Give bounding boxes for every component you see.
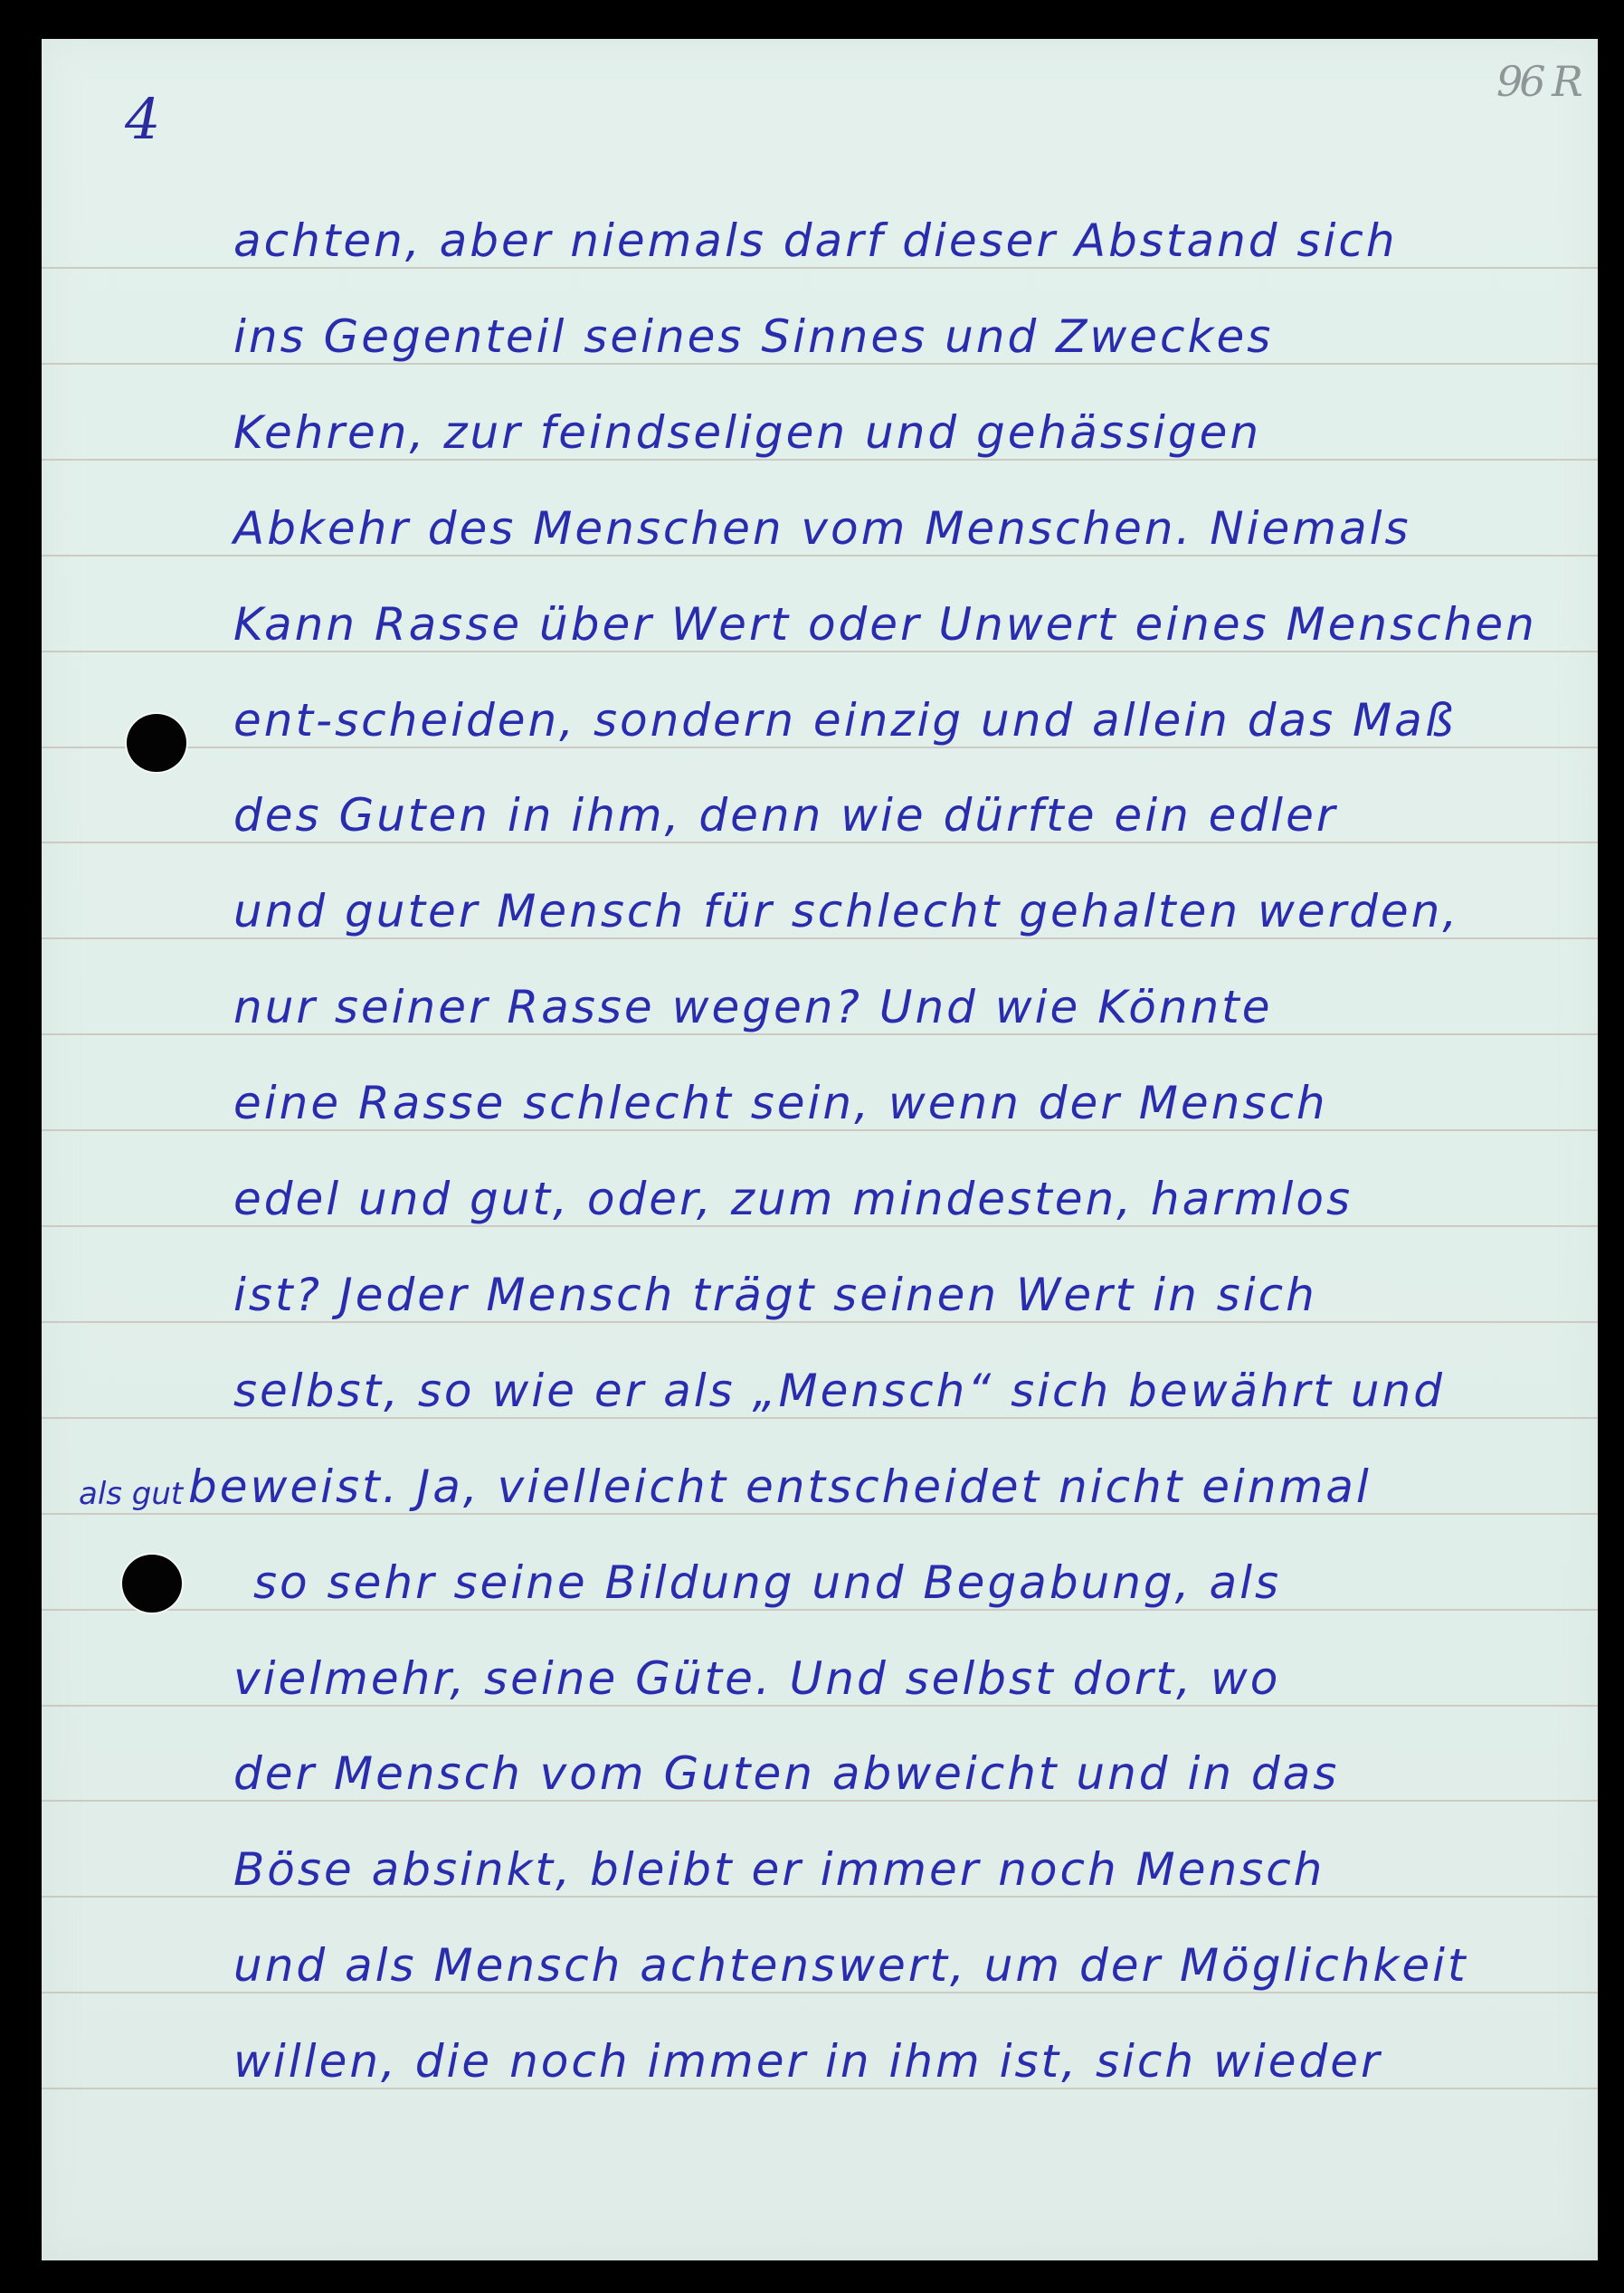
- text-line: edel und gut, oder, zum mindesten, harml…: [233, 1176, 1353, 1222]
- ruled-line: [42, 747, 1598, 748]
- ruled-line: [42, 1417, 1598, 1419]
- text-line: Kann Rasse über Wert oder Unwert eines M…: [233, 602, 1537, 647]
- text-line: Böse absinkt, bleibt er immer noch Mensc…: [233, 1847, 1325, 1892]
- text-line: achten, aber niemals darf dieser Abstand…: [233, 218, 1398, 263]
- text-line: Abkehr des Menschen vom Menschen. Niemal…: [233, 506, 1411, 551]
- text-line: ent-scheiden, sondern einzig und allein …: [233, 698, 1456, 743]
- ruled-line: [42, 1225, 1598, 1227]
- ruled-line: [42, 1513, 1598, 1515]
- text-line: ist? Jeder Mensch trägt seinen Wert in s…: [233, 1272, 1317, 1318]
- ruled-line: [42, 842, 1598, 843]
- ruled-line: [42, 1992, 1598, 1993]
- page-number: 4: [125, 86, 160, 152]
- ruled-line: [42, 1321, 1598, 1323]
- text-line: des Guten in ihm, denn wie dürfte ein ed…: [233, 793, 1337, 838]
- margin-note: als gut: [79, 1479, 183, 1509]
- ruled-line: [42, 267, 1598, 269]
- ruled-line: [42, 651, 1598, 652]
- ruled-line: [42, 363, 1598, 365]
- text-line: ins Gegenteil seines Sinnes und Zweckes: [233, 314, 1273, 359]
- ruled-line: [42, 1800, 1598, 1802]
- text-line: so sehr seine Bildung und Begabung, als: [253, 1560, 1281, 1605]
- ruled-line: [42, 2088, 1598, 2089]
- ruled-line: [42, 937, 1598, 939]
- archive-number: 96 R: [1496, 57, 1580, 106]
- text-line: vielmehr, seine Güte. Und selbst dort, w…: [233, 1656, 1280, 1701]
- punch-hole-bottom: [122, 1555, 182, 1613]
- text-line: selbst, so wie er als „Mensch“ sich bewä…: [233, 1368, 1445, 1413]
- punch-hole-top: [127, 714, 186, 772]
- text-line: Kehren, zur feindseligen und gehässigen: [233, 410, 1261, 455]
- ruled-line: [42, 1896, 1598, 1898]
- handwritten-page: 4 96 R achten, aber niemals darf dieser …: [42, 39, 1598, 2260]
- text-line: nur seiner Rasse wegen? Und wie Könnte: [233, 985, 1273, 1030]
- ruled-line: [42, 1705, 1598, 1707]
- ruled-line: [42, 1609, 1598, 1611]
- text-line: beweist. Ja, vielleicht entscheidet nich…: [188, 1464, 1372, 1509]
- text-line: und guter Mensch für schlecht gehalten w…: [233, 889, 1459, 934]
- ruled-line: [42, 1033, 1598, 1035]
- ruled-line: [42, 459, 1598, 461]
- text-line: willen, die noch immer in ihm ist, sich …: [233, 2039, 1382, 2084]
- text-line: eine Rasse schlecht sein, wenn der Mensc…: [233, 1080, 1328, 1126]
- ruled-line: [42, 555, 1598, 557]
- ruled-line: [42, 1129, 1598, 1131]
- text-line: und als Mensch achtenswert, um der Mögli…: [233, 1943, 1468, 1988]
- text-line: der Mensch vom Guten abweicht und in das: [233, 1751, 1339, 1796]
